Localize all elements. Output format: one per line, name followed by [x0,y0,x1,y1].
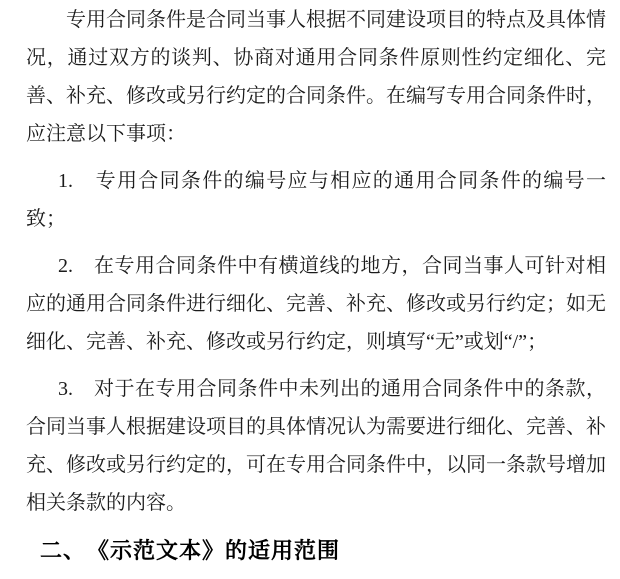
numbered-item-3: 3. 对于在专用合同条件中未列出的通用合同条件中的条款，合同当事人根据建设项目的… [26,370,606,522]
numbered-item-2: 2. 在专用合同条件中有横道线的地方，合同当事人可针对相应的通用合同条件进行细化… [26,247,606,361]
document-page: 专用合同条件是合同当事人根据不同建设项目的特点及具体情况，通过双方的谈判、协商对… [0,0,620,579]
section-heading: 二、 《示范文本》的适用范围 [26,536,606,566]
numbered-item-1: 1. 专用合同条件的编号应与相应的通用合同条件的编号一致； [26,162,606,238]
intro-paragraph: 专用合同条件是合同当事人根据不同建设项目的特点及具体情况，通过双方的谈判、协商对… [26,1,606,153]
